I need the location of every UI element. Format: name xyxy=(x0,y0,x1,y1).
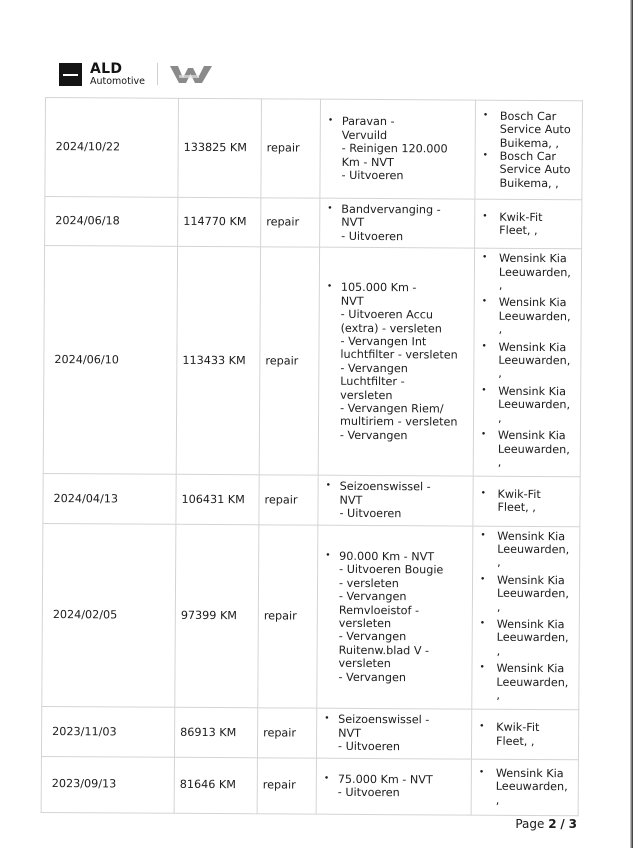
service-date: 2024/10/22 xyxy=(45,98,179,198)
description-text: 75.000 Km - NVT - Uitvoeren xyxy=(338,773,433,800)
service-date: 2023/11/03 xyxy=(41,707,174,757)
document-header: ALD Automotive xyxy=(59,61,213,87)
table-row: 2024/02/0597399 KMrepair•90.000 Km - NVT… xyxy=(42,523,580,710)
garage-name: Wensink Kia Leeuwarden, , xyxy=(498,385,570,428)
service-type: repair xyxy=(257,757,316,813)
ald-wordmark: ALD Automotive xyxy=(90,62,145,87)
bullet-icon: • xyxy=(476,767,496,781)
service-description: •Paravan - Vervuild - Reinigen 120.000 K… xyxy=(320,99,476,199)
service-description: •75.000 Km - NVT - Uitvoeren xyxy=(316,758,471,815)
garage-item: •Wensink Kia Leeuwarden, , xyxy=(476,767,574,808)
service-date: 2024/02/05 xyxy=(42,523,176,708)
odometer-reading: 114770 KM xyxy=(178,197,261,247)
garage-name: Wensink Kia Leeuwarden, , xyxy=(499,252,571,295)
service-description: •90.000 Km - NVT - Uitvoeren Bougie - ve… xyxy=(317,525,473,710)
description-item: •105.000 Km - NVT - Uitvoeren Accu (extr… xyxy=(323,281,470,443)
garage-name: Kwik-Fit Fleet, , xyxy=(499,210,542,237)
description-text: Seizoenswissel - NVT - Uitvoeren xyxy=(338,713,429,754)
service-description: •Bandvervanging - NVT - Uitvoeren xyxy=(320,198,475,248)
garage-item: •Wensink Kia Leeuwarden, , xyxy=(478,340,576,383)
table-row: 2024/06/18114770 KMrepair•Bandvervanging… xyxy=(45,197,582,249)
description-text: 105.000 Km - NVT - Uitvoeren Accu (extra… xyxy=(340,281,458,443)
odometer-reading: 113433 KM xyxy=(176,247,260,476)
brand-name: ALD xyxy=(90,62,145,76)
garage-item: •Wensink Kia Leeuwarden, , xyxy=(476,662,574,705)
bullet-icon: • xyxy=(321,772,338,786)
odometer-reading: 97399 KM xyxy=(175,524,259,708)
odometer-reading: 106431 KM xyxy=(176,475,259,525)
maintenance-table-wrapper: 2024/10/22133825 KMrepair•Paravan - Verv… xyxy=(41,97,583,816)
description-text: Bandvervanging - NVT - Uitvoeren xyxy=(341,203,441,244)
garage-item: •Wensink Kia Leeuwarden, , xyxy=(478,429,576,472)
garage-item: •Wensink Kia Leeuwarden, , xyxy=(477,618,575,661)
table-row: 2024/10/22133825 KMrepair•Paravan - Verv… xyxy=(45,98,583,200)
ald-logo-icon xyxy=(59,63,82,86)
service-garage: •Bosch Car Service Auto Buikema, ,•Bosch… xyxy=(475,100,583,200)
bullet-icon: • xyxy=(476,662,496,676)
brand-sub: Automotive xyxy=(90,77,145,87)
bullet-icon: • xyxy=(480,109,500,123)
description-text: 90.000 Km - NVT - Uitvoeren Bougie - ver… xyxy=(338,550,443,685)
bullet-icon: • xyxy=(322,550,339,564)
bullet-icon: • xyxy=(478,385,498,399)
garage-name: Kwik-Fit Fleet, , xyxy=(497,488,540,515)
bullet-icon: • xyxy=(477,529,497,543)
description-text: Paravan - Vervuild - Reinigen 120.000 Km… xyxy=(341,115,447,183)
garage-name: Wensink Kia Leeuwarden, , xyxy=(496,767,568,808)
table-row: 2023/11/0386913 KMrepair•Seizoenswissel … xyxy=(41,707,578,759)
maintenance-history-table: 2024/10/22133825 KMrepair•Paravan - Verv… xyxy=(41,97,583,816)
bullet-icon: • xyxy=(323,480,340,494)
bullet-icon: • xyxy=(478,340,498,354)
service-garage: •Wensink Kia Leeuwarden, ,•Wensink Kia L… xyxy=(473,248,581,477)
service-type: repair xyxy=(261,198,320,248)
description-item: •90.000 Km - NVT - Uitvoeren Bougie - ve… xyxy=(321,550,468,685)
service-garage: •Kwik-Fit Fleet, , xyxy=(473,476,580,526)
garage-item: •Wensink Kia Leeuwarden, , xyxy=(477,573,575,616)
service-date: 2024/04/13 xyxy=(43,474,176,524)
garage-item: •Kwik-Fit Fleet, , xyxy=(479,210,577,237)
bullet-icon: • xyxy=(325,115,342,129)
service-type: repair xyxy=(261,99,321,198)
page-total: 3 xyxy=(569,817,577,831)
bullet-icon: • xyxy=(477,618,497,632)
service-garage: •Kwik-Fit Fleet, , xyxy=(471,710,578,760)
garage-item: •Wensink Kia Leeuwarden, , xyxy=(479,252,577,295)
service-garage: •Wensink Kia Leeuwarden, , xyxy=(471,759,578,816)
garage-name: Wensink Kia Leeuwarden, , xyxy=(497,529,569,572)
bullet-icon: • xyxy=(324,281,341,295)
odometer-reading: 86913 KM xyxy=(174,708,257,758)
service-garage: •Wensink Kia Leeuwarden, ,•Wensink Kia L… xyxy=(472,526,580,711)
service-date: 2023/09/13 xyxy=(41,756,174,813)
bullet-icon: • xyxy=(478,488,498,502)
header-divider xyxy=(157,63,158,85)
description-item: •Paravan - Vervuild - Reinigen 120.000 K… xyxy=(324,115,470,183)
description-item: •Bandvervanging - NVT - Uitvoeren xyxy=(324,203,470,244)
table-row: 2024/06/10113433 KMrepair•105.000 Km - N… xyxy=(43,246,581,477)
bullet-icon: • xyxy=(324,203,341,217)
garage-item: •Bosch Car Service Auto Buikema, , xyxy=(480,109,578,150)
description-item: •Seizoenswissel - NVT - Uitvoeren xyxy=(321,713,467,754)
garage-item: •Bosch Car Service Auto Buikema, , xyxy=(479,150,577,191)
garage-name: Wensink Kia Leeuwarden, , xyxy=(499,296,571,339)
garage-name: Kwik-Fit Fleet, , xyxy=(496,721,539,748)
service-date: 2024/06/18 xyxy=(45,197,178,247)
page-current: 2 xyxy=(548,817,556,831)
garage-item: •Wensink Kia Leeuwarden, , xyxy=(478,385,576,428)
odometer-reading: 81646 KM xyxy=(174,757,257,814)
garage-name: Bosch Car Service Auto Buikema, , xyxy=(500,110,571,151)
garage-name: Bosch Car Service Auto Buikema, , xyxy=(499,150,570,191)
service-type: repair xyxy=(258,524,318,708)
bullet-icon: • xyxy=(477,573,497,587)
garage-name: Wensink Kia Leeuwarden, , xyxy=(498,340,570,383)
description-text: Seizoenswissel - NVT - Uitvoeren xyxy=(339,480,430,521)
garage-item: •Wensink Kia Leeuwarden, , xyxy=(477,529,575,572)
garage-item: •Kwik-Fit Fleet, , xyxy=(477,488,575,515)
bullet-icon: • xyxy=(479,252,499,266)
page-label: Page xyxy=(515,817,544,831)
table-row: 2024/04/13106431 KMrepair•Seizoenswissel… xyxy=(43,474,580,526)
garage-name: Wensink Kia Leeuwarden, , xyxy=(496,662,568,705)
service-type: repair xyxy=(259,247,319,475)
service-description: •Seizoenswissel - NVT - Uitvoeren xyxy=(318,475,473,525)
bullet-icon: • xyxy=(476,721,496,735)
page-separator: / xyxy=(560,817,564,831)
service-garage: •Kwik-Fit Fleet, , xyxy=(475,199,582,249)
service-date: 2024/06/10 xyxy=(43,246,177,475)
bullet-icon: • xyxy=(479,296,499,310)
garage-item: •Wensink Kia Leeuwarden, , xyxy=(479,296,577,339)
bullet-icon: • xyxy=(479,210,499,224)
garage-item: •Kwik-Fit Fleet, , xyxy=(476,721,574,748)
description-item: •Seizoenswissel - NVT - Uitvoeren xyxy=(322,480,468,521)
service-type: repair xyxy=(257,708,316,758)
service-type: repair xyxy=(259,475,318,525)
partner-w-logo-icon xyxy=(169,63,213,85)
garage-name: Wensink Kia Leeuwarden, , xyxy=(497,618,569,661)
description-item: •75.000 Km - NVT - Uitvoeren xyxy=(321,772,467,800)
garage-name: Wensink Kia Leeuwarden, , xyxy=(497,574,569,617)
service-description: •Seizoenswissel - NVT - Uitvoeren xyxy=(316,709,471,759)
odometer-reading: 133825 KM xyxy=(178,98,262,198)
bullet-icon: • xyxy=(321,713,338,727)
bullet-icon: • xyxy=(478,429,498,443)
table-row: 2023/09/1381646 KMrepair•75.000 Km - NVT… xyxy=(41,756,578,815)
service-description: •105.000 Km - NVT - Uitvoeren Accu (extr… xyxy=(318,247,474,476)
page-indicator: Page 2 / 3 xyxy=(515,817,577,831)
bullet-icon: • xyxy=(480,150,500,164)
garage-name: Wensink Kia Leeuwarden, , xyxy=(498,429,570,472)
